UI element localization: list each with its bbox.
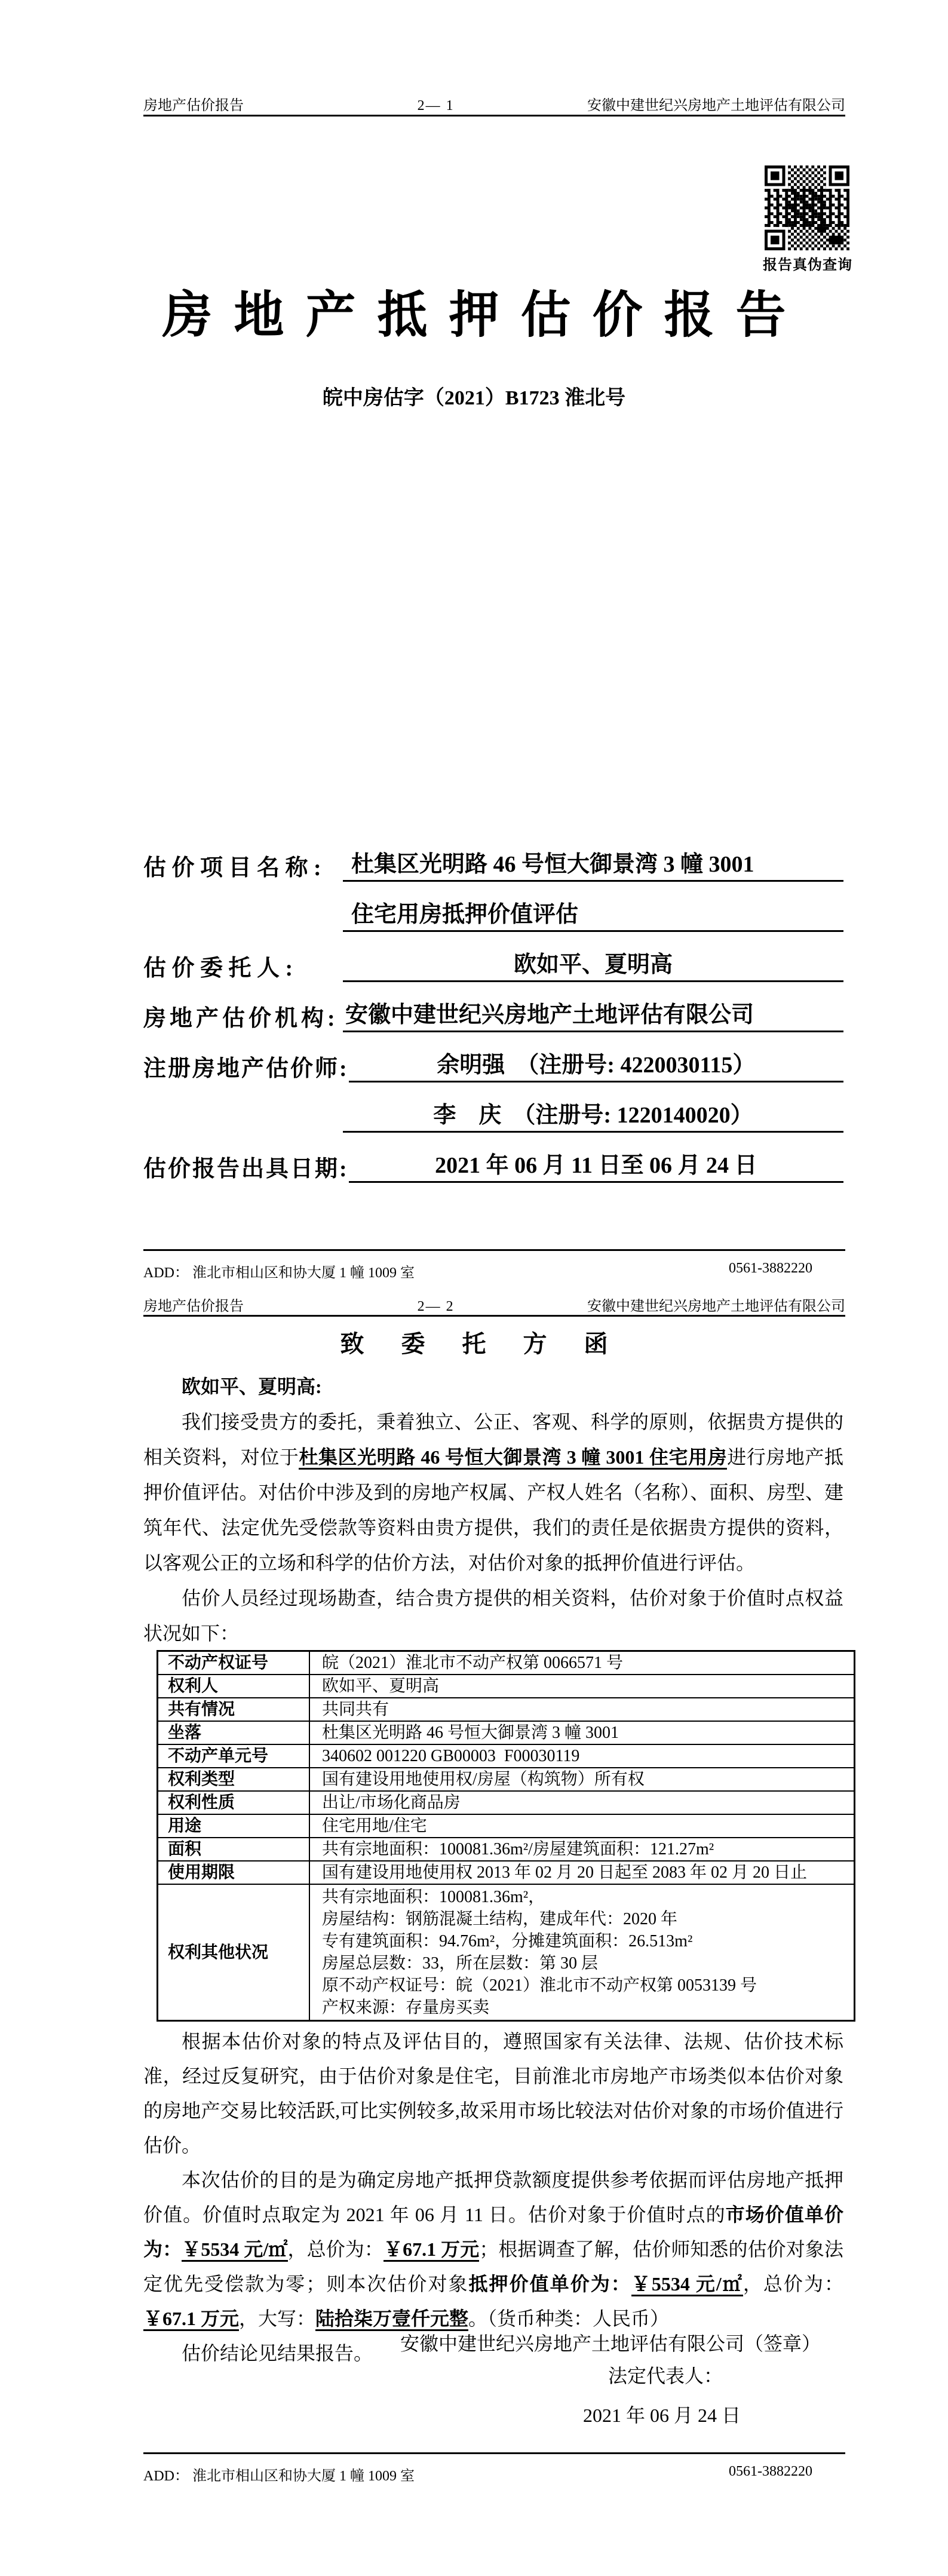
row-value: 340602 001220 GB00003 F00030119 [309, 1744, 855, 1768]
table-row: 权利人 欧如平、夏明高 [158, 1675, 855, 1698]
row-value: 欧如平、夏明高 [309, 1675, 855, 1698]
footer-address: ADD： 淮北市相山区和协大厦 1 幢 1009 室 [143, 1261, 415, 1281]
signature-date: 2021 年 06 月 24 日 [143, 2400, 741, 2428]
letter-body: 欧如平、夏明高: 我们接受贵方的委托，秉着独立、公正、客观、科学的原则，依据贵方… [143, 1369, 843, 1651]
qr-caption: 报告真伪查询 [763, 253, 851, 274]
paragraph-3: 根据本估价对象的特点及评估目的，遵照国家有关法律、法规、估价技术标准，经过反复研… [143, 2024, 843, 2163]
field-label: 注册房地产估价师: [143, 1050, 349, 1082]
row-label: 权利性质 [158, 1791, 310, 1814]
signature-company: 安徽中建世纪兴房地产土地评估有限公司（签章） [143, 2329, 821, 2356]
table-row: 不动产权证号 皖（2021）淮北市不动产权第 0066571 号 [158, 1651, 855, 1675]
other-rights-line: 专有建筑面积：94.76m²，分摊建筑面积：26.513m² [322, 1930, 854, 1952]
field-project-name-line2: 住宅用房抵押价值评估 [143, 901, 843, 932]
letter-conclusion-block: 根据本估价对象的特点及评估目的，遵照国家有关法律、法规、估价技术标准，经过反复研… [143, 2024, 843, 2370]
paragraph-4: 本次估价的目的是为确定房地产抵押贷款额度提供参考依据而评估房地产抵押价值。价值时… [143, 2163, 843, 2336]
field-project-name: 估 价 项 目 名 称 : 杜集区光明路 46 号恒大御景湾 3 幢 3001 [143, 851, 843, 882]
page1-footer: ADD： 淮北市相山区和协大厦 1 幢 1009 室 0561-3882220 [143, 1261, 845, 1281]
row-value: 共同共有 [309, 1698, 855, 1721]
row-label: 共有情况 [158, 1698, 310, 1721]
table-row: 坐落 杜集区光明路 46 号恒大御景湾 3 幢 3001 [158, 1721, 855, 1744]
header-company-name: 安徽中建世纪兴房地产土地评估有限公司 [533, 1294, 845, 1315]
field-value-underlined: 杜集区光明路 46 号恒大御景湾 3 幢 3001 [343, 845, 843, 882]
market-value-term: 市场价值 [726, 2204, 805, 2225]
table-row: 不动产单元号 340602 001220 GB00003 F00030119 [158, 1744, 855, 1768]
page2-header-rule [143, 1315, 845, 1317]
appraisal-report-document: { "page1": { "header": { "left": "房地产估价报… [0, 0, 948, 2576]
field-value-underlined: 余明强 （注册号: 4220030115） [349, 1046, 843, 1082]
other-rights-line: 共有宗地面积：100081.36m²， [322, 1886, 854, 1908]
field-report-date: 估价报告出具日期: 2021 年 06 月 11 日至 06 月 24 日 [143, 1152, 843, 1183]
other-rights-line: 原不动产权证号：皖（2021）淮北市不动产权第 0053139 号 [322, 1974, 854, 1997]
footer-phone: 0561-3882220 [729, 1261, 845, 1281]
field-label: 估价报告出具日期: [143, 1150, 349, 1183]
field-appraiser-1: 注册房地产估价师: 余明强 （注册号: 4220030115） [143, 1051, 843, 1082]
field-label: 估 价 项 目 名 称 : [143, 849, 343, 882]
total-price-value: ￥67.1 万元 [384, 2238, 479, 2262]
row-value-multiline: 共有宗地面积：100081.36m²， 房屋结构：钢筋混凝土结构，建成年代：20… [309, 1884, 855, 2021]
row-value: 国有建设用地使用权/房屋（构筑物）所有权 [309, 1768, 855, 1791]
header-rule [143, 115, 845, 116]
mortgage-value-term: 抵押价值 [469, 2273, 550, 2295]
header-page-number: 2— 1 [338, 98, 533, 114]
row-label: 权利类型 [158, 1768, 310, 1791]
row-value: 杜集区光明路 46 号恒大御景湾 3 幢 3001 [309, 1721, 855, 1744]
property-rights-table: 不动产权证号 皖（2021）淮北市不动产权第 0066571 号 权利人 欧如平… [157, 1650, 855, 2022]
field-label: 房地产估价机构: [143, 999, 343, 1032]
unit-price-value: ￥5534 元/㎡ [182, 2238, 287, 2262]
footer-phone: 0561-3882220 [729, 2464, 845, 2485]
field-value-underlined: 安徽中建世纪兴房地产土地评估有限公司 [343, 996, 843, 1032]
row-value: 皖（2021）淮北市不动产权第 0066571 号 [309, 1651, 855, 1675]
header-page-number: 2— 2 [338, 1299, 533, 1315]
table-row: 面积 共有宗地面积：100081.36m²/房屋建筑面积：121.27m² [158, 1838, 855, 1861]
unit-price-value: ￥5534 元/㎡ [631, 2273, 743, 2296]
total-price-value: ￥67.1 万元 [143, 2308, 239, 2331]
property-name-emphasis: 杜集区光明路 46 号恒大御景湾 3 幢 3001 住宅用房 [299, 1446, 727, 1470]
row-value: 共有宗地面积：100081.36m²/房屋建筑面积：121.27m² [309, 1838, 855, 1861]
cover-fields: 估 价 项 目 名 称 : 杜集区光明路 46 号恒大御景湾 3 幢 3001 … [143, 851, 843, 1202]
header-company-name: 安徽中建世纪兴房地产土地评估有限公司 [533, 93, 845, 114]
qr-block: 报告真伪查询 [763, 165, 851, 274]
document-title: 房地产抵押估价报告 [0, 275, 948, 347]
text-run: 。（货币种类：人民币） [468, 2308, 669, 2329]
page2-footer: ADD： 淮北市相山区和协大厦 1 幢 1009 室 0561-3882220 [143, 2464, 845, 2485]
other-rights-line: 产权来源：存量房买卖 [322, 1997, 854, 2019]
paragraph-2: 估价人员经过现场勘查，结合贵方提供的相关资料，估价对象于价值时点权益状况如下： [143, 1581, 843, 1651]
paragraph-1: 我们接受贵方的委托，秉着独立、公正、客观、科学的原则，依据贵方提供的相关资料，对… [143, 1404, 843, 1581]
field-value-underlined: 欧如平、夏明高 [343, 946, 843, 982]
row-label: 坐落 [158, 1721, 310, 1744]
page2-footer-rule [143, 2452, 845, 2454]
amount-in-words: 陆拾柒万壹仟元整 [315, 2308, 468, 2331]
row-label: 面积 [158, 1838, 310, 1861]
field-value-underlined: 住宅用房抵押价值评估 [343, 896, 843, 932]
field-appraiser-2: 李 庆 （注册号: 1220140020） [143, 1102, 843, 1133]
row-value: 住宅用地/住宅 [309, 1814, 855, 1838]
page2-header: 房地产估价报告 2— 2 安徽中建世纪兴房地产土地评估有限公司 [143, 1294, 845, 1315]
qr-code-icon [763, 165, 851, 250]
row-label: 权利人 [158, 1675, 310, 1698]
legal-representative-label: 法定代表人： [143, 2361, 723, 2388]
page1-header: 房地产估价报告 2— 1 安徽中建世纪兴房地产土地评估有限公司 [143, 93, 845, 114]
field-agency: 房地产估价机构: 安徽中建世纪兴房地产土地评估有限公司 [143, 1001, 843, 1032]
other-rights-line: 房屋总层数：33，所在层数：第 30 层 [322, 1952, 854, 1974]
row-label: 使用期限 [158, 1861, 310, 1884]
field-label: 估 价 委 托 人 : [143, 949, 343, 982]
header-doc-type: 房地产估价报告 [143, 93, 338, 114]
table-row: 共有情况 共同共有 [158, 1698, 855, 1721]
page1-footer-rule [143, 1249, 845, 1251]
text-run: ，总价为： [288, 2238, 384, 2260]
table-row: 使用期限 国有建设用地使用权 2013 年 02 月 20 日起至 2083 年… [158, 1861, 855, 1884]
row-label: 不动产单元号 [158, 1744, 310, 1768]
other-rights-line: 房屋结构：钢筋混凝土结构，建成年代：2020 年 [322, 1908, 854, 1930]
text-run: ，总价为： [743, 2273, 843, 2295]
field-value-underlined: 李 庆 （注册号: 1220140020） [343, 1096, 843, 1133]
row-value: 出让/市场化商品房 [309, 1791, 855, 1814]
table-row: 用途 住宅用地/住宅 [158, 1814, 855, 1838]
text-run: ，大写： [239, 2308, 315, 2329]
header-doc-type: 房地产估价报告 [143, 1294, 338, 1315]
row-label: 权利其他状况 [158, 1884, 310, 2021]
field-value-underlined: 2021 年 06 月 11 日至 06 月 24 日 [349, 1146, 843, 1183]
letter-title: 致 委 托 方 函 [0, 1325, 948, 1359]
table-row: 权利性质 出让/市场化商品房 [158, 1791, 855, 1814]
salutation: 欧如平、夏明高: [143, 1369, 843, 1404]
field-client: 估 价 委 托 人 : 欧如平、夏明高 [143, 951, 843, 982]
row-value: 国有建设用地使用权 2013 年 02 月 20 日起至 2083 年 02 月… [309, 1861, 855, 1884]
text-run: 单价为： [550, 2273, 631, 2295]
document-number: 皖中房估字（2021）B1723 淮北号 [0, 381, 948, 410]
row-label: 不动产权证号 [158, 1651, 310, 1675]
row-label: 用途 [158, 1814, 310, 1838]
footer-address: ADD： 淮北市相山区和协大厦 1 幢 1009 室 [143, 2464, 415, 2485]
table-row: 权利类型 国有建设用地使用权/房屋（构筑物）所有权 [158, 1768, 855, 1791]
table-row-other-rights: 权利其他状况 共有宗地面积：100081.36m²， 房屋结构：钢筋混凝土结构，… [158, 1884, 855, 2021]
